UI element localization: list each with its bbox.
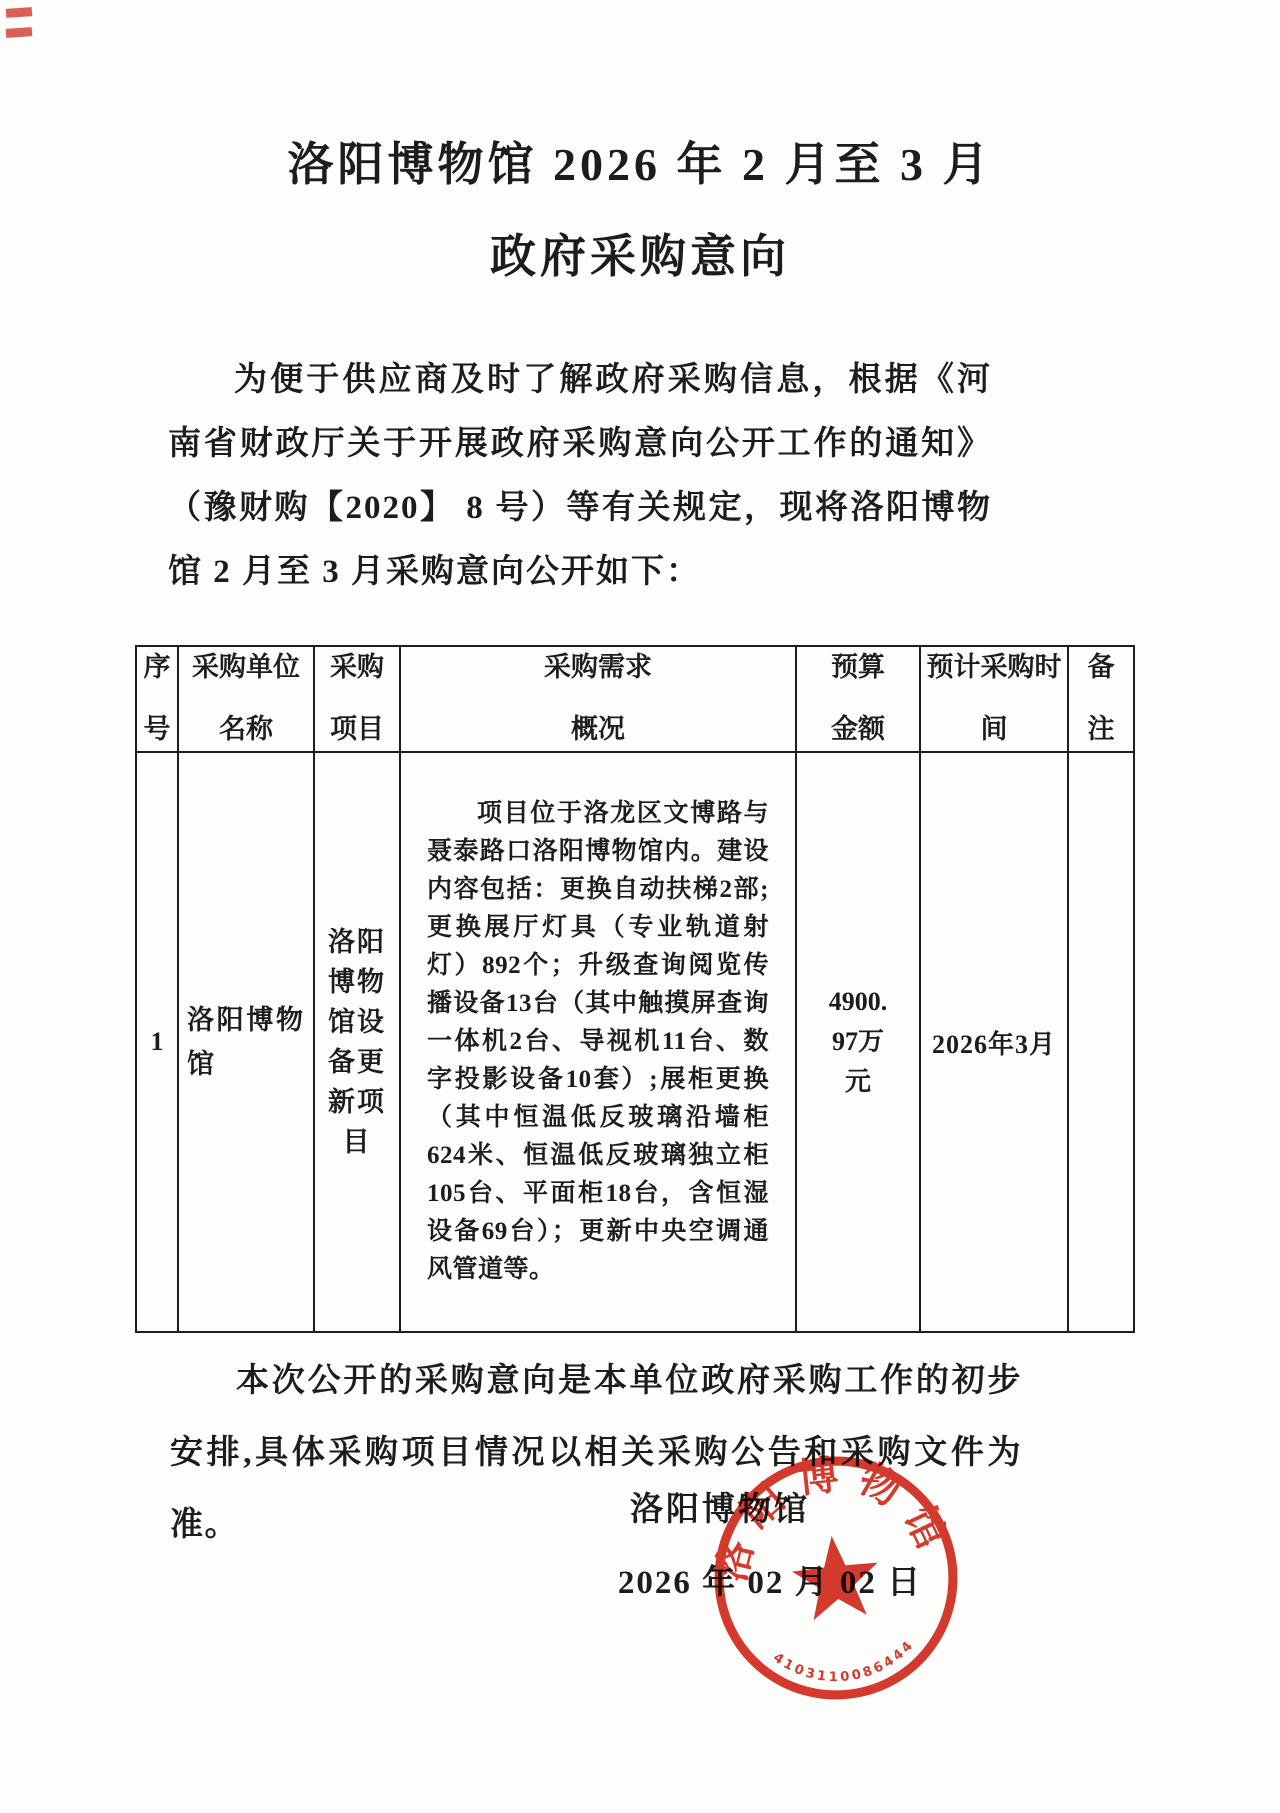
header-project: 采购项目 [314,646,400,752]
cell-note [1068,752,1134,1332]
cell-unit: 洛阳博物馆 [178,752,314,1332]
header-time: 预计采购时间 [920,646,1068,752]
header-note: 备注 [1068,646,1134,752]
stamp-star-icon [789,1531,883,1622]
document-page: 洛阳博物馆 2026 年 2 月至 3 月 政府采购意向 为便于供应商及时了解政… [0,0,1280,1813]
procurement-table: 序号 采购单位名称 采购项目 采购需求概况 预算金额 预计采购时间 [135,645,1135,1333]
document-title-line2: 政府采购意向 [0,220,1280,286]
header-demand: 采购需求概况 [400,646,796,752]
header-seq: 序号 [136,646,178,752]
cell-project: 洛阳博物馆设备更新项目 [314,752,400,1332]
cell-budget: 4900.97万元 [796,752,920,1332]
header-budget: 预算金额 [796,646,920,752]
table-row: 1 洛阳博物馆 洛阳博物馆设备更新项目 项目位于洛龙区文博路与聂泰路口洛阳博物馆… [136,752,1134,1332]
scan-artifact [6,8,40,60]
official-seal-stamp: 洛阳博物馆 4103110086444 [698,1440,975,1717]
cell-time: 2026年3月 [920,752,1068,1332]
header-unit: 采购单位名称 [178,646,314,752]
table-header-row: 序号 采购单位名称 采购项目 采购需求概况 预算金额 预计采购时间 [136,646,1134,752]
document-title-line1: 洛阳博物馆 2026 年 2 月至 3 月 [0,128,1280,194]
intro-paragraph: 为便于供应商及时了解政府采购信息，根据《河南省财政厅关于开展政府采购意向公开工作… [168,348,992,604]
cell-seq: 1 [136,752,178,1332]
cell-demand: 项目位于洛龙区文博路与聂泰路口洛阳博物馆内。建设内容包括：更换自动扶梯2部;更换… [400,752,796,1332]
